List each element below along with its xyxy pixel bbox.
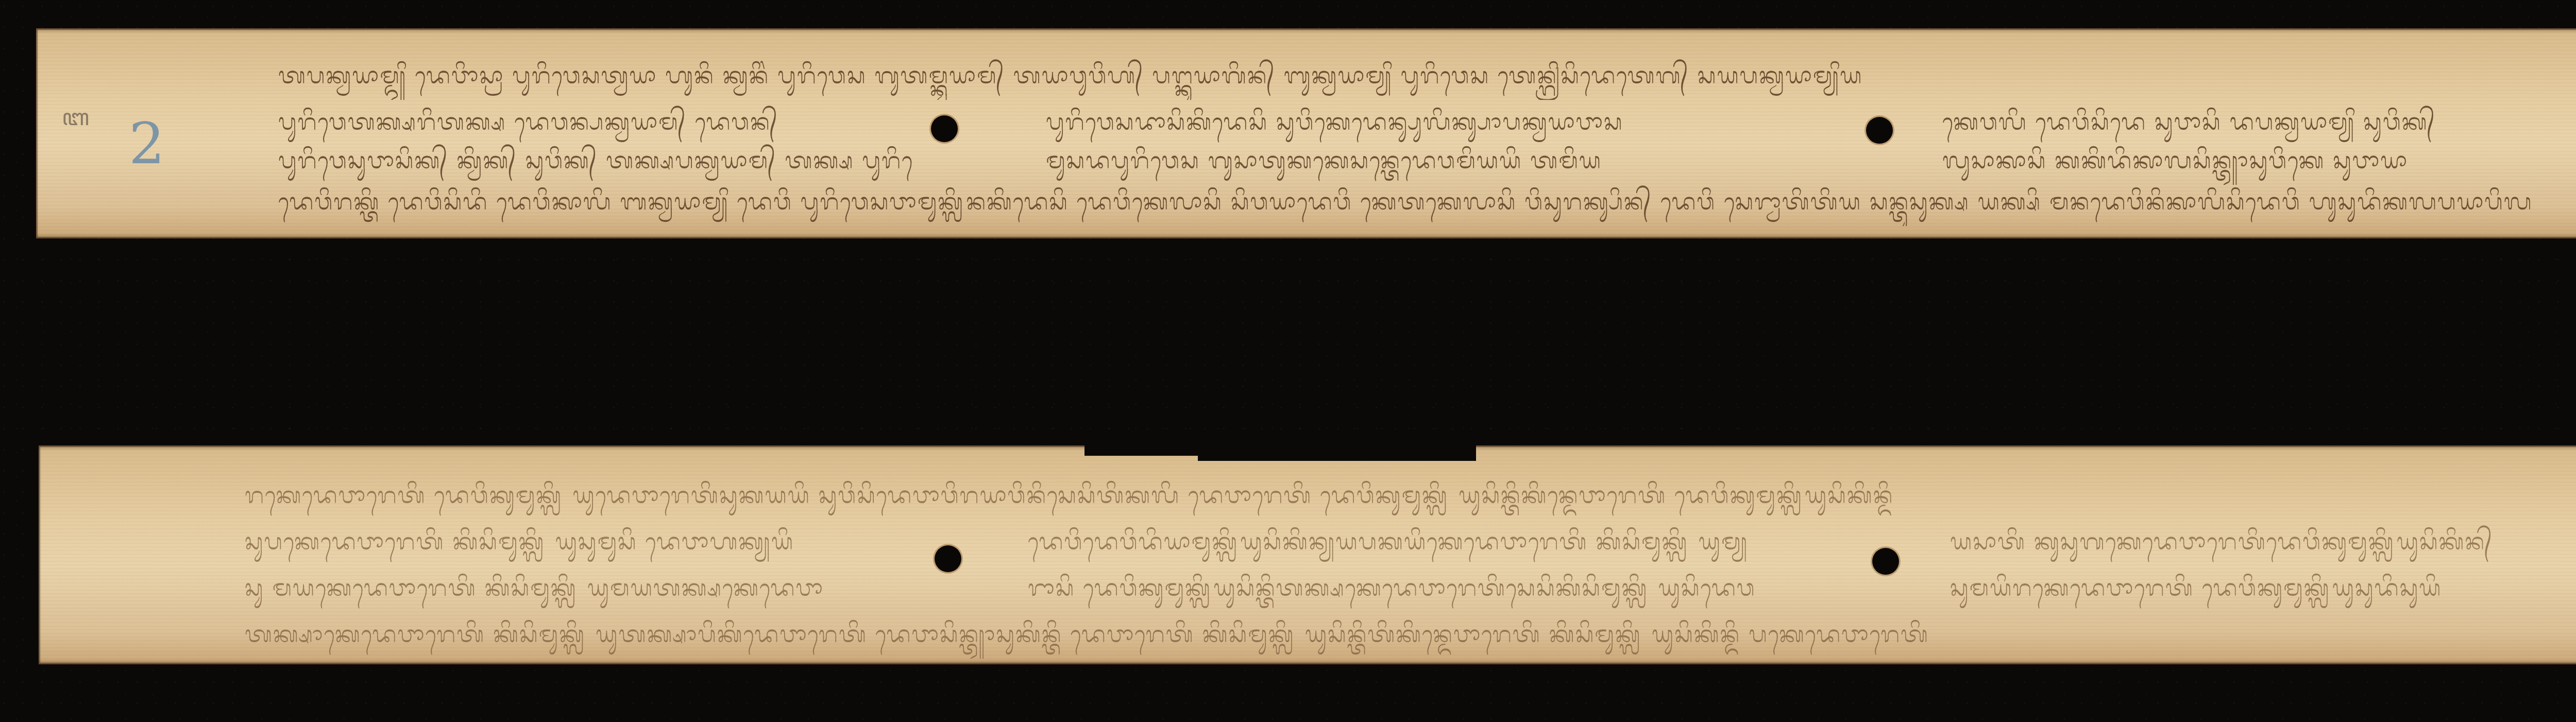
blue-folio-number: 2 xyxy=(129,111,165,177)
binding-hole-bottom-left xyxy=(935,545,961,572)
text-line-3-right: ᬮᬸᬲᬵᬓᬵᬲᬶ ᬓᬓᬶᬤᬶᬓᬵᬮᬲᬶᬦ᭄ᬢ᭄ᬬᬵᬲᬸᬯᬶᬓᬾ ᬲᬸᬯᬵᬬᬵ xyxy=(1942,144,2576,185)
text-line-3-middle: ᬫᬸᬲᬤᬧᬸᬭᬶᬯᬾᬲ ᬕᬸᬲᬵᬢᬸᬓᬓᬾᬲᬦ᭄ᬢᬾᬤᬾᬯᬫᬶᬬᬬᬶ ᬢᬫᬶᬬ xyxy=(1046,144,1819,185)
binding-hole-bottom-right xyxy=(1872,548,1899,575)
text-line-3-left: ᬲᬸ ᬫᬬᬓᬾᬤᬾᬯᬵᬭᬾᬢᬶ ᬓᬶᬲᬶᬫᬸᬓ᭄ᬮᬶ ᬬᬸᬫᬬᬢᬓ᭄ᬱᬓᬾᬤᬾᬯ… xyxy=(245,572,878,612)
text-line-3-left: ᬧᬸᬭᬶᬯᬾᬲᬸᬯᬵᬲᬶᬓ᭄ ᬓ᭄ᬯᬶᬓ᭄ ᬲᬸᬯᬶᬓ᭄ ᬢᬓ᭄ᬱᬧᬓ᭄ᬯᬬᬵᬫ… xyxy=(278,144,912,185)
text-line-2-middle: ᬧᬸᬭᬶᬯᬾᬲᬤᬵᬲᬶᬓᬶᬤᬾᬲᬶ ᬲᬸᬯᬶᬓᬾᬤᬾᬦ᭄ᬲᬸᬮᬶᬓ᭄ᬲᬵᬧᬓ᭄ᬯ… xyxy=(1046,106,1819,146)
binding-hole-top-left xyxy=(931,115,958,142)
binding-hole-top-right xyxy=(1866,117,1893,144)
text-line-4: ᬤᬾᬯᬶᬭᬓ᭄ᬢᬶ ᬤᬾᬯᬶᬲᬶᬤᬶ ᬤᬾᬯᬶᬓᬵᬮᬶ ᬩᬓ᭄ᬯᬬᬵᬫ᭄ᬬᬶ ᬤ… xyxy=(278,185,2576,226)
text-line-1: ᬭᬓᬾᬤᬾᬯᬵᬭᬾᬢᬶ ᬤᬾᬯᬶᬓᬸᬫᬸᬓ᭄ᬮᬶ ᬬᬸᬤᬾᬯᬵᬭᬾᬢᬶᬲᬸᬓᬬᬬ… xyxy=(245,479,2576,520)
text-line-2-right: ᬬᬲᬵᬢᬶ ᬓᬸᬲᬸᬕᬓᬾᬤᬾᬯᬵᬭᬾᬢᬶᬤᬾᬯᬶᬓᬸᬫᬸᬓ᭄ᬮᬶᬬᬸᬲᬶᬓᬶᬦ… xyxy=(1950,525,2576,566)
palm-leaf-bottom: ᬭᬓᬾᬤᬾᬯᬵᬭᬾᬢᬶ ᬤᬾᬯᬶᬓᬸᬫᬸᬓ᭄ᬮᬶ ᬬᬸᬤᬾᬯᬵᬭᬾᬢᬶᬲᬸᬓᬬᬬ… xyxy=(39,445,2576,664)
damaged-edge-notch xyxy=(1084,444,1203,456)
text-line-2-right: ᬓᬾᬯᬮᬶ ᬤᬾᬯᬶᬲᬶᬤᬾ ᬲᬸᬯᬵᬲᬶ ᬤᬧᬓ᭄ᬯᬬᬵᬫ᭄ᬬᬶ ᬲᬸᬯᬶᬓ᭄ xyxy=(1942,106,2576,146)
palm-leaf-top: ꦧ 2 ꦾ ᬢᬧᬓ᭄ᬯᬬᬵᬫ᭄ᬤ᭄ᬬᬶ ᬤᬾᬯᬶᬵᬲ᭄ᬭᬵ ᬧᬸᬭᬶᬯᬾᬲᬢ᭄ᬯ… xyxy=(36,28,2576,238)
damaged-edge-notch xyxy=(1198,444,1476,461)
text-line-2-left: ᬲᬸᬧᬓᬾᬤᬾᬯᬵᬭᬾᬢᬶ ᬓᬶᬲᬶᬫᬸᬓ᭄ᬮᬶ ᬬᬸᬲᬸᬫᬸᬲᬶ ᬤᬾᬯᬵᬳᬓ… xyxy=(245,525,878,566)
text-line-1: ᬢᬧᬓ᭄ᬯᬬᬵᬫ᭄ᬤ᭄ᬬᬶ ᬤᬾᬯᬶᬵᬲ᭄ᬭᬵ ᬧᬸᬭᬶᬯᬾᬲᬢ᭄ᬯᬬᬵ ᬳᬸᬦ… xyxy=(278,59,2576,100)
text-line-3-middle: ᬭᬵᬲᬶ ᬤᬾᬯᬶᬓᬸᬫᬸᬓ᭄ᬮᬶᬬᬸᬲᬶᬦ᭄ᬢᬶᬢᬓ᭄ᬱᬓᬾᬤᬾᬯᬵᬭᬾᬢᬶᬲ… xyxy=(1028,572,1816,612)
text-line-2-left: ᬧᬸᬭᬶᬯᬾᬢᬓ᭄ᬱᬭᬶᬢᬓ᭄ᬱ ᬤᬾᬯᬦ᭄ᬧᬓ᭄ᬯᬬᬵᬫ᭄ ᬤᬾᬯᬦ᭄ xyxy=(278,106,886,146)
text-line-3-right: ᬲᬸᬫᬬᬶᬭᬓᬾᬤᬾᬯᬵᬭᬾᬢᬶ ᬤᬾᬯᬶᬓᬸᬫᬸᬓ᭄ᬮᬶᬬᬸᬲᬸᬤᬶᬲᬸᬬᬶ xyxy=(1950,572,2576,612)
folio-glyph-mark: ꦧ xyxy=(62,100,89,146)
text-line-4: ᬢᬓ᭄ᬱᬵᬓᬾᬤᬾᬯᬵᬭᬾᬢᬶ ᬓᬶᬲᬶᬫᬸᬓ᭄ᬮᬶ ᬬᬸᬢᬓ᭄ᬱᬵᬧᬶᬓᬶᬤᬾ… xyxy=(245,618,2576,659)
text-line-2-middle: ᬤᬾᬯᬶᬤᬾᬯᬶᬤᬶᬬᬵᬫᬸᬓ᭄ᬮᬶᬬᬸᬲᬶᬓᬶᬦ᭄ᬬᬬᬧᬓᬬᬶᬓᬾᬤᬾᬯᬵᬭᬾ… xyxy=(1028,525,1816,566)
